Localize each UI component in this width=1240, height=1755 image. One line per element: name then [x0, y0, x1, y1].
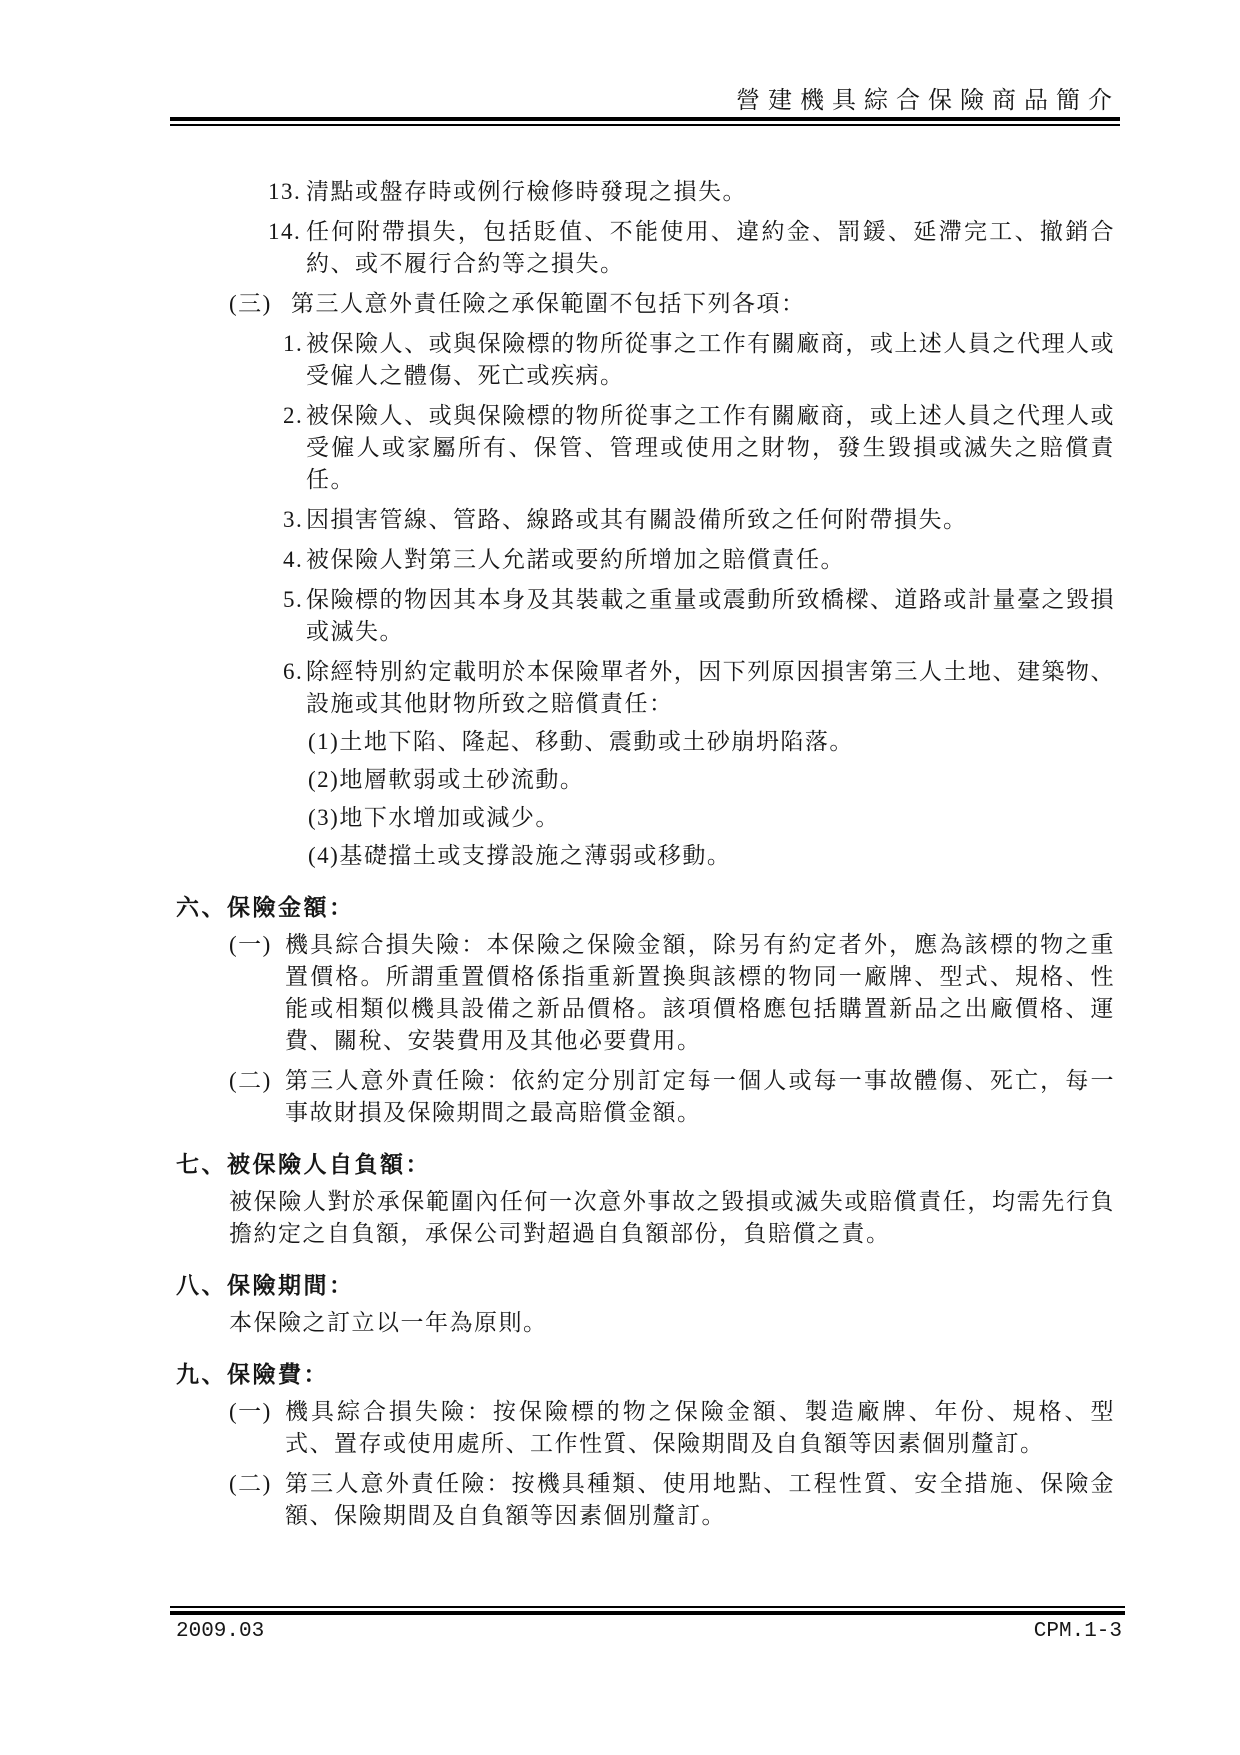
- list-item: 14. 任何附帶損失，包括貶值、不能使用、違約金、罰鍰、延滯完工、撤銷合約、或不…: [268, 216, 1115, 280]
- item-number: 2.: [283, 400, 306, 496]
- section-insurance-amount: 六、保險金額： (一) 機具綜合損失險：本保險之保險金額，除另有約定者外，應為該…: [170, 892, 1115, 1129]
- sub-list-item: (4)基礎擋土或支撐設施之薄弱或移動。: [306, 840, 1115, 872]
- item-number: 4.: [283, 544, 306, 576]
- item-number: 1.: [283, 328, 306, 392]
- item-number: 6.: [283, 656, 306, 872]
- section-deductible: 七、被保險人自負額： 被保險人對於承保範圍內任何一次意外事故之毀損或滅失或賠償責…: [170, 1149, 1115, 1250]
- section-number: 六、: [176, 895, 227, 920]
- section-number: 七、: [176, 1152, 227, 1177]
- item-text: 任何附帶損失，包括貶值、不能使用、違約金、罰鍰、延滯完工、撤銷合約、或不履行合約…: [306, 216, 1115, 280]
- section-title: 保險費：: [227, 1362, 329, 1387]
- item-text: 機具綜合損失險：按保險標的物之保險金額、製造廠牌、年份、規格、型式、置存或使用處…: [285, 1396, 1115, 1460]
- section-title: 保險期間：: [227, 1273, 355, 1298]
- item-number: 14.: [268, 216, 306, 280]
- clause-heading: (三) 第三人意外責任險之承保範圍不包括下列各項：: [229, 288, 1115, 320]
- list-item: 4. 被保險人對第三人允諾或要約所增加之賠償責任。: [283, 544, 1115, 576]
- list-item: 13. 清點或盤存時或例行檢修時發現之損失。: [268, 176, 1115, 208]
- list-item: (二) 第三人意外責任險：依約定分別訂定每一個人或每一事故體傷、死亡，每一事故財…: [229, 1065, 1115, 1129]
- list-item: 6. 除經特別約定載明於本保險單者外，因下列原因損害第三人土地、建築物、設施或其…: [283, 656, 1115, 872]
- sub-list-item: (3)地下水增加或減少。: [306, 802, 1115, 834]
- item-text: 被保險人、或與保險標的物所從事之工作有關廠商，或上述人員之代理人或受僱人之體傷、…: [306, 328, 1115, 392]
- section-paragraph: 本保險之訂立以一年為原則。: [229, 1307, 1115, 1339]
- section-insurance-period: 八、保險期間： 本保險之訂立以一年為原則。: [170, 1270, 1115, 1339]
- clause-title: 第三人意外責任險之承保範圍不包括下列各項：: [291, 288, 1115, 320]
- document-page: 營建機具綜合保險商品簡介 13. 清點或盤存時或例行檢修時發現之損失。 14. …: [0, 0, 1240, 1755]
- item-number: 13.: [268, 176, 306, 208]
- item-label: (二): [229, 1468, 285, 1532]
- list-item: 1. 被保險人、或與保險標的物所從事之工作有關廠商，或上述人員之代理人或受僱人之…: [283, 328, 1115, 392]
- item-number: 5.: [283, 584, 306, 648]
- list-item: 3. 因損害管線、管路、線路或其有關設備所致之任何附帶損失。: [283, 504, 1115, 536]
- item-label: (二): [229, 1065, 285, 1129]
- section-title: 被保險人自負額：: [227, 1152, 431, 1177]
- footer-rule: [170, 1606, 1125, 1615]
- section-heading: 七、被保險人自負額：: [176, 1149, 1115, 1181]
- list-item: 5. 保險標的物因其本身及其裝載之重量或震動所致橋樑、道路或計量臺之毀損或滅失。: [283, 584, 1115, 648]
- list-item: 2. 被保險人、或與保險標的物所從事之工作有關廠商，或上述人員之代理人或受僱人或…: [283, 400, 1115, 496]
- clause-label: (三): [229, 288, 291, 320]
- item-label: (一): [229, 1396, 285, 1460]
- section-number: 八、: [176, 1273, 227, 1298]
- section-premium: 九、保險費： (一) 機具綜合損失險：按保險標的物之保險金額、製造廠牌、年份、規…: [170, 1359, 1115, 1532]
- sub-list-item: (1)土地下陷、隆起、移動、震動或土砂崩坍陷落。: [306, 726, 1115, 758]
- item-text: 第三人意外責任險：依約定分別訂定每一個人或每一事故體傷、死亡，每一事故財損及保險…: [285, 1065, 1115, 1129]
- section-title: 保險金額：: [227, 895, 355, 920]
- item-text: 清點或盤存時或例行檢修時發現之損失。: [306, 176, 1115, 208]
- list-item: (一) 機具綜合損失險：按保險標的物之保險金額、製造廠牌、年份、規格、型式、置存…: [229, 1396, 1115, 1460]
- footer-page-code: CPM.1-3: [1034, 1620, 1122, 1643]
- footer-date: 2009.03: [176, 1620, 264, 1643]
- item-text: 第三人意外責任險：按機具種類、使用地點、工程性質、安全措施、保險金額、保險期間及…: [285, 1468, 1115, 1532]
- item-text: 除經特別約定載明於本保險單者外，因下列原因損害第三人土地、建築物、設施或其他財物…: [306, 656, 1115, 872]
- item-text: 被保險人對第三人允諾或要約所增加之賠償責任。: [306, 544, 1115, 576]
- section-heading: 六、保險金額：: [176, 892, 1115, 924]
- list-item: (一) 機具綜合損失險：本保險之保險金額，除另有約定者外，應為該標的物之重置價格…: [229, 929, 1115, 1057]
- section-number: 九、: [176, 1362, 227, 1387]
- section-heading: 八、保險期間：: [176, 1270, 1115, 1302]
- list-item: (二) 第三人意外責任險：按機具種類、使用地點、工程性質、安全措施、保險金額、保…: [229, 1468, 1115, 1532]
- item-text: 被保險人、或與保險標的物所從事之工作有關廠商，或上述人員之代理人或受僱人或家屬所…: [306, 400, 1115, 496]
- item-text: 保險標的物因其本身及其裝載之重量或震動所致橋樑、道路或計量臺之毀損或滅失。: [306, 584, 1115, 648]
- page-header-title: 營建機具綜合保險商品簡介: [736, 80, 1120, 115]
- sub-list-item: (2)地層軟弱或土砂流動。: [306, 764, 1115, 796]
- item-text: 機具綜合損失險：本保險之保險金額，除另有約定者外，應為該標的物之重置價格。所謂重…: [285, 929, 1115, 1057]
- item-label: (一): [229, 929, 285, 1057]
- item-text: 因損害管線、管路、線路或其有關設備所致之任何附帶損失。: [306, 504, 1115, 536]
- section-paragraph: 被保險人對於承保範圍內任何一次意外事故之毀損或滅失或賠償責任，均需先行負擔約定之…: [229, 1186, 1115, 1250]
- section-heading: 九、保險費：: [176, 1359, 1115, 1391]
- header-rule: [170, 117, 1120, 126]
- item-text: 除經特別約定載明於本保險單者外，因下列原因損害第三人土地、建築物、設施或其他財物…: [306, 656, 1115, 720]
- item-number: 3.: [283, 504, 306, 536]
- document-content: 13. 清點或盤存時或例行檢修時發現之損失。 14. 任何附帶損失，包括貶值、不…: [170, 176, 1115, 1540]
